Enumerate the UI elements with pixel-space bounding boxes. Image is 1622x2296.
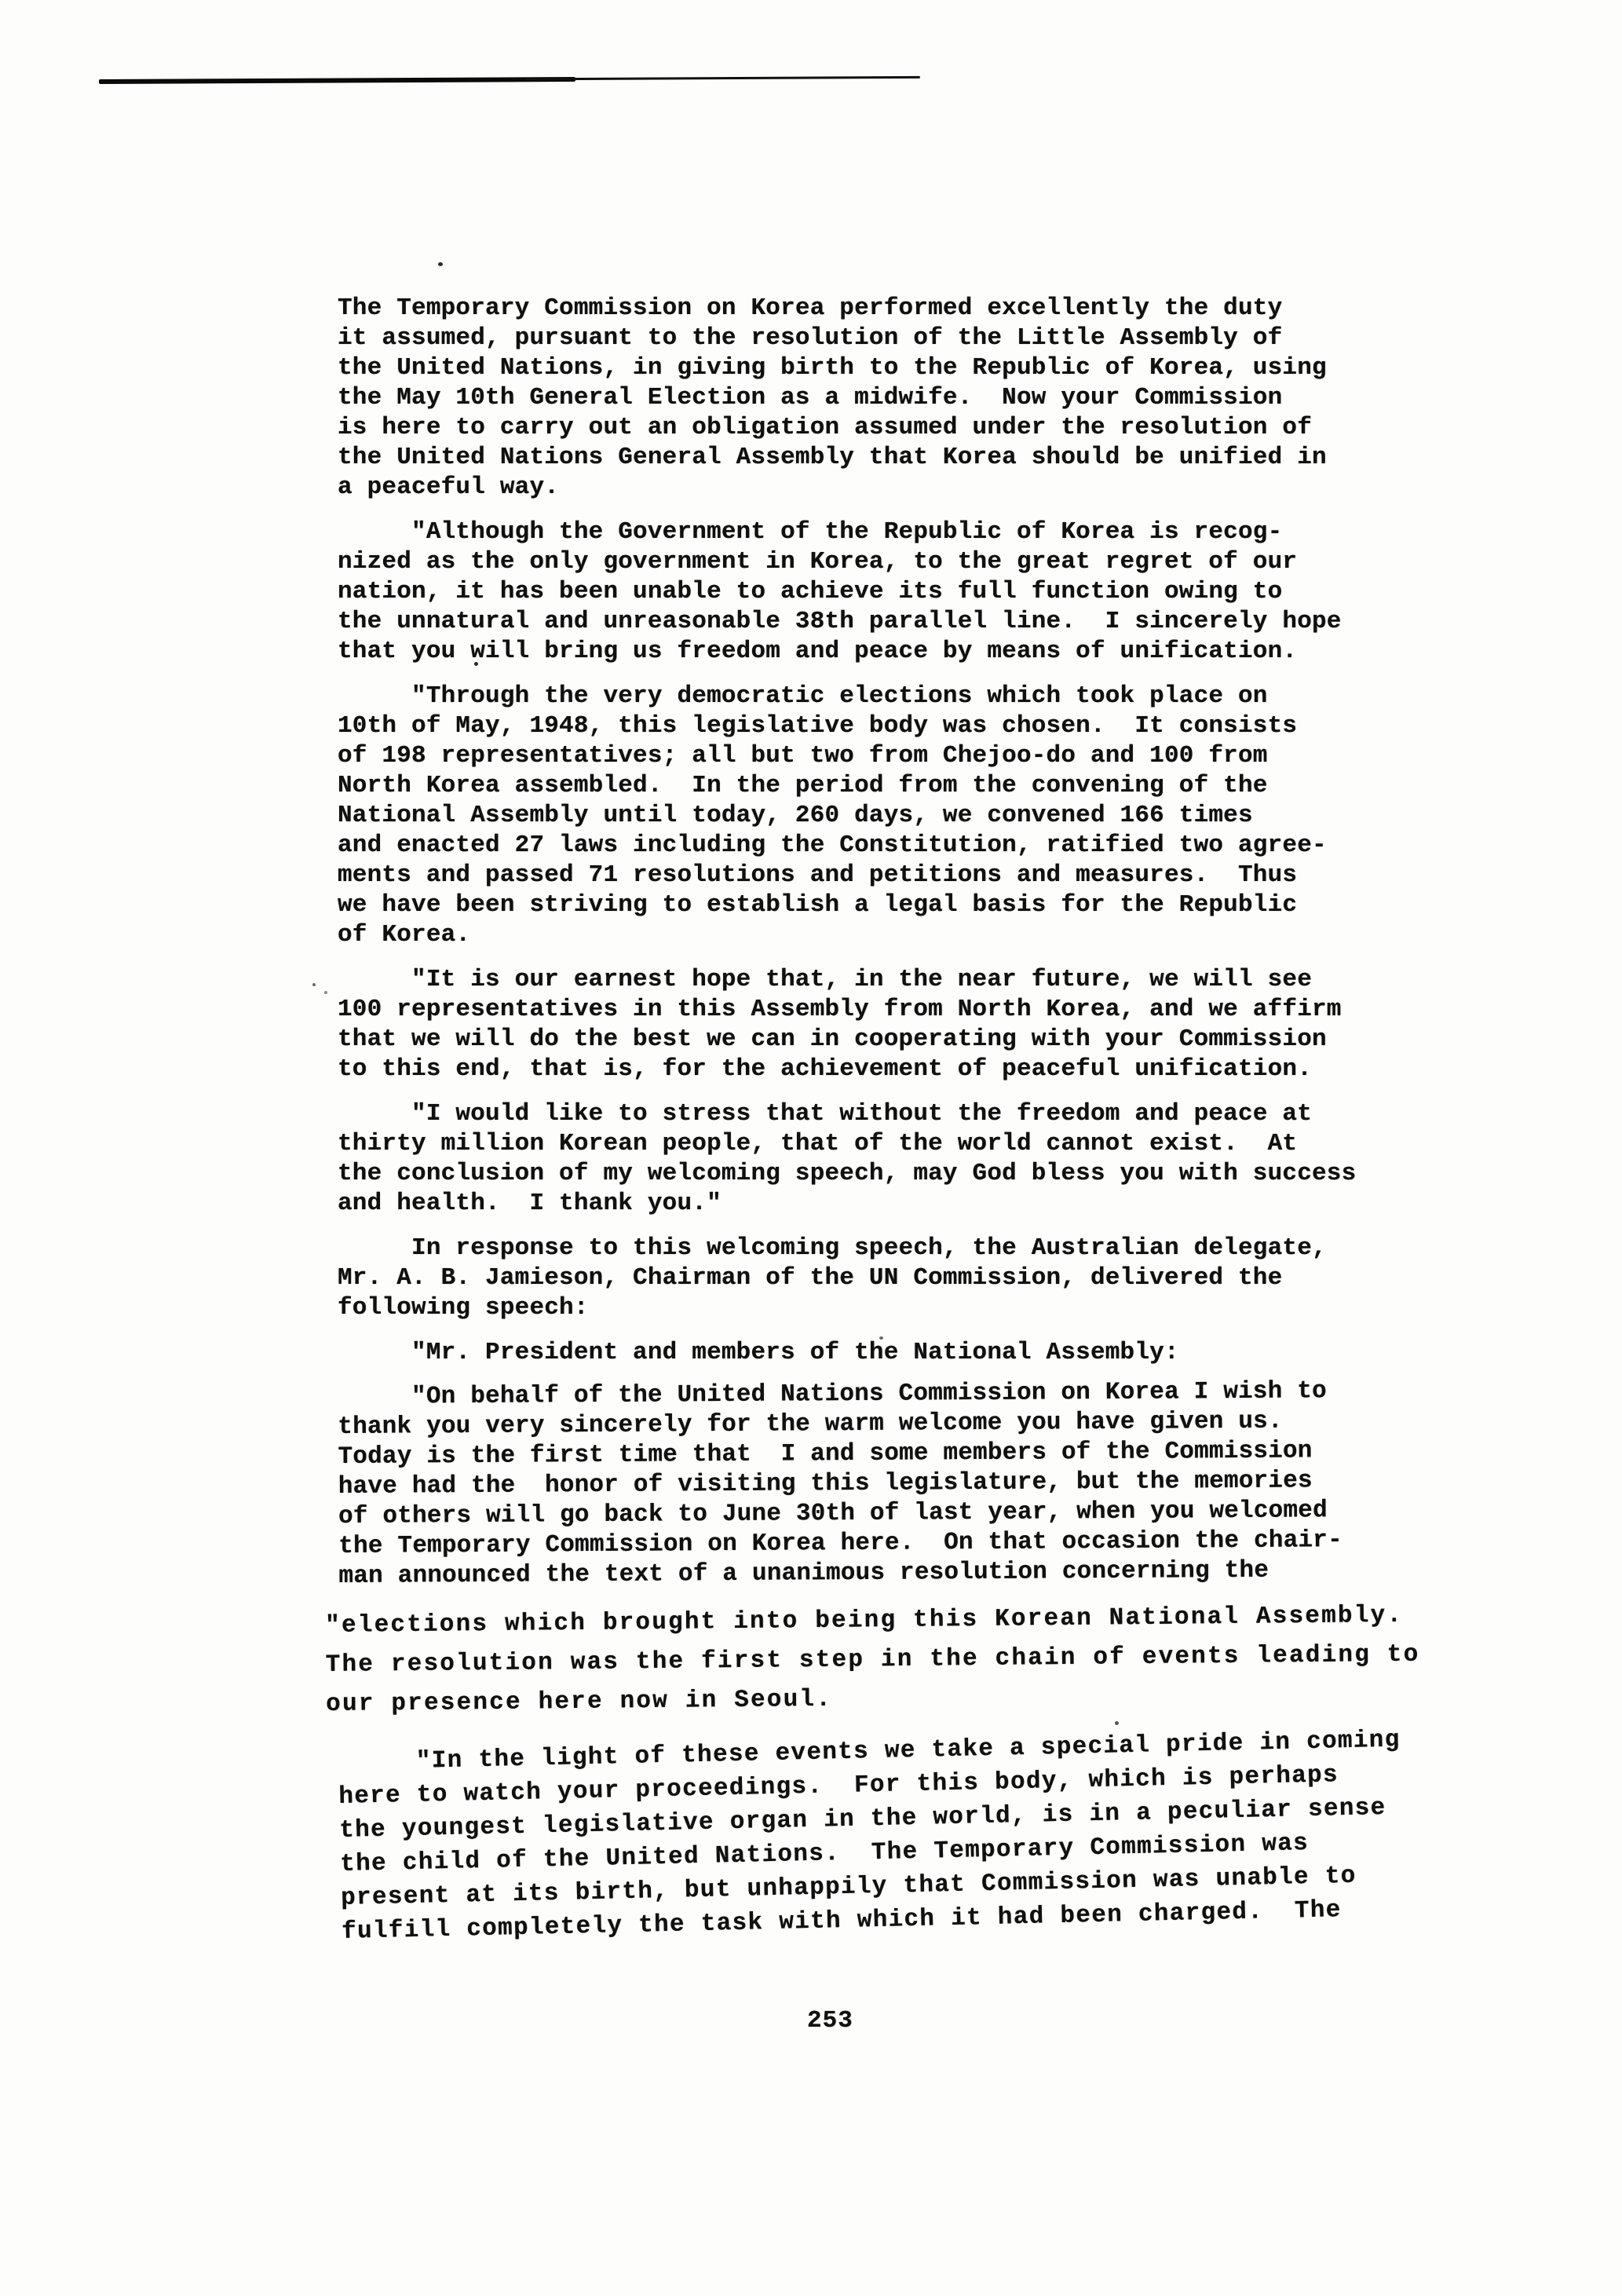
scan-speck xyxy=(879,1336,883,1340)
paragraph-line: that you will bring us freedom and peace… xyxy=(338,637,1452,667)
paragraph-line: nized as the only government in Korea, t… xyxy=(338,547,1452,577)
paragraph-line: "Mr. President and members of the Nation… xyxy=(338,1338,1452,1368)
scan-speck xyxy=(474,662,478,666)
paragraph: "I would like to stress that without the… xyxy=(338,1099,1452,1219)
page-number: 253 xyxy=(807,2007,853,2035)
paragraph-line: a peaceful way. xyxy=(338,473,1452,503)
paragraph-line: the unnatural and unreasonable 38th para… xyxy=(338,607,1452,637)
paragraph-line: In response to this welcoming speech, th… xyxy=(338,1234,1452,1263)
paragraph-line: thirty million Korean people, that of th… xyxy=(338,1129,1452,1159)
paragraph-line: the United Nations General Assembly that… xyxy=(338,443,1452,473)
scan-speck xyxy=(324,991,327,994)
paragraph-line: and health. I thank you." xyxy=(338,1189,1452,1219)
paragraph-line: it assumed, pursuant to the resolution o… xyxy=(338,324,1452,353)
paragraph-line: nation, it has been unable to achieve it… xyxy=(338,577,1452,607)
paragraph-line: following speech: xyxy=(338,1293,1452,1323)
paragraph-line: man announced the text of a unanimous re… xyxy=(338,1555,1453,1592)
paragraph: "Although the Government of the Republic… xyxy=(338,517,1452,667)
paragraph-line: "Although the Government of the Republic… xyxy=(338,517,1452,547)
document-page: The Temporary Commission on Korea perfor… xyxy=(0,0,1622,2296)
paragraph-line: is here to carry out an obligation assum… xyxy=(338,413,1452,443)
paragraph-line: the May 10th General Election as a midwi… xyxy=(338,383,1452,413)
paragraph-line: Mr. A. B. Jamieson, Chairman of the UN C… xyxy=(338,1263,1452,1293)
paragraph-line: the United Nations, in giving birth to t… xyxy=(338,353,1452,383)
paragraph-line: "I would like to stress that without the… xyxy=(338,1099,1452,1129)
paragraph-line: to this end, that is, for the achievemen… xyxy=(338,1055,1452,1084)
paragraph-line: we have been striving to establish a leg… xyxy=(338,890,1452,920)
paragraph-line: the conclusion of my welcoming speech, m… xyxy=(338,1159,1452,1189)
scan-speck xyxy=(312,983,316,986)
paragraph-line: 100 representatives in this Assembly fro… xyxy=(338,995,1452,1025)
top-rule-line xyxy=(99,75,920,85)
paragraph-line: National Assembly until today, 260 days,… xyxy=(338,801,1452,831)
paragraph: "It is our earnest hope that, in the nea… xyxy=(338,965,1452,1084)
paragraph: The Temporary Commission on Korea perfor… xyxy=(338,294,1452,503)
paragraph-line: North Korea assembled. In the period fro… xyxy=(338,771,1452,801)
scan-speck xyxy=(438,262,443,266)
paragraph-line: "Through the very democratic elections w… xyxy=(338,682,1452,711)
paragraph-line: of 198 representatives; all but two from… xyxy=(338,741,1452,771)
paragraph-line: The Temporary Commission on Korea perfor… xyxy=(338,294,1452,324)
scan-speck xyxy=(521,1106,524,1109)
paragraph-line: 10th of May, 1948, this legislative body… xyxy=(338,711,1452,741)
document-body: The Temporary Commission on Korea perfor… xyxy=(338,294,1452,1964)
paragraph: "In the light of these events we take a … xyxy=(338,1722,1456,1949)
paragraph-line: ments and passed 71 resolutions and peti… xyxy=(338,861,1452,890)
paragraph-line: "It is our earnest hope that, in the nea… xyxy=(338,965,1452,995)
paragraph-line: and enacted 27 laws including the Consti… xyxy=(338,831,1452,861)
paragraph: In response to this welcoming speech, th… xyxy=(338,1234,1452,1323)
paragraph: "Through the very democratic elections w… xyxy=(338,682,1452,950)
top-rule-thin-segment xyxy=(526,76,920,80)
paragraph: "On behalf of the United Nations Commiss… xyxy=(338,1376,1454,1592)
paragraph: "Mr. President and members of the Nation… xyxy=(338,1338,1452,1368)
paragraph: "elections which brought into being this… xyxy=(325,1596,1453,1724)
top-rule-thick-segment xyxy=(99,77,575,84)
scan-speck xyxy=(1115,1721,1119,1725)
paragraph-line: of Korea. xyxy=(338,920,1452,950)
paragraph-line: that we will do the best we can in coope… xyxy=(338,1025,1452,1055)
